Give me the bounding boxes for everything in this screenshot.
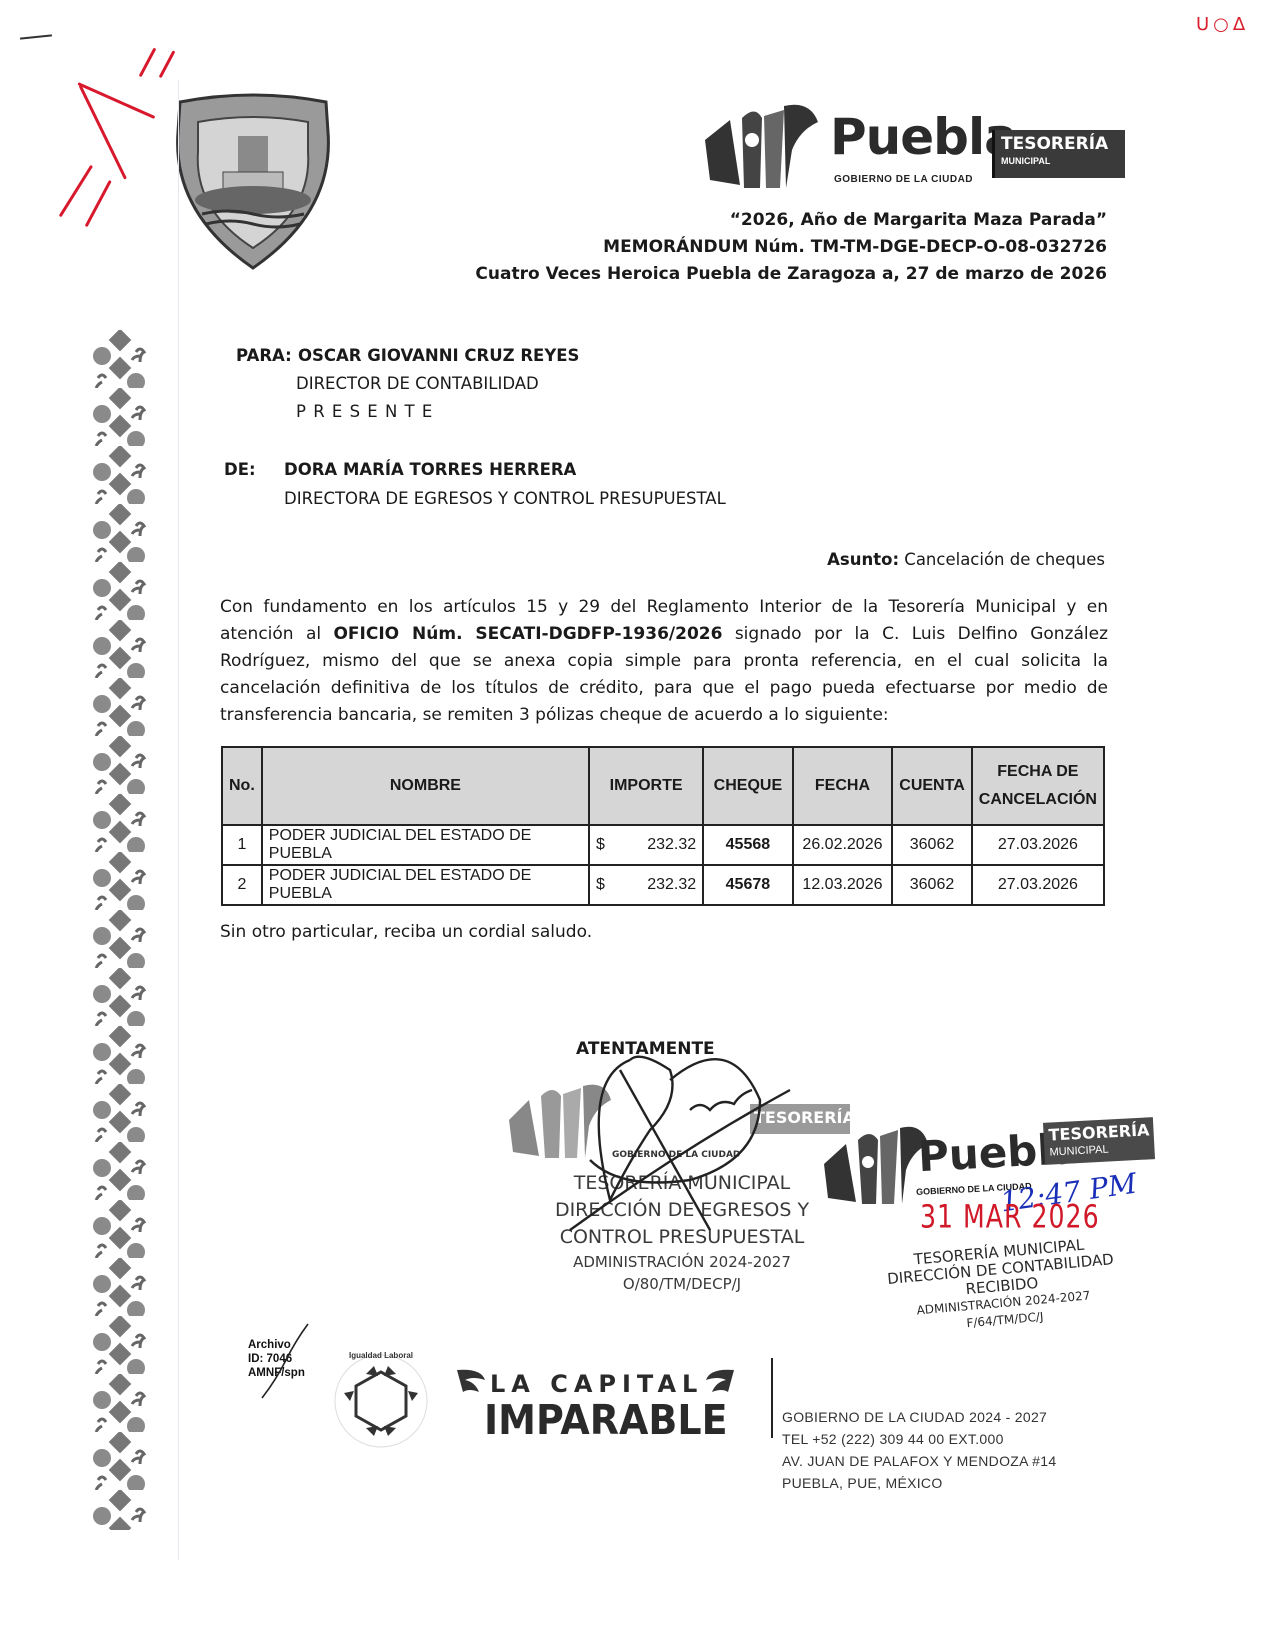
city-shield-icon — [168, 92, 338, 272]
subject-label: Asunto: — [827, 550, 899, 569]
place-date: Cuatro Veces Heroica Puebla de Zaragoza … — [475, 264, 1107, 284]
cell-cuenta: 36062 — [892, 825, 971, 865]
gobierno-subtitle: GOBIERNO DE LA CIUDAD — [834, 174, 973, 185]
footer-address: GOBIERNO DE LA CIUDAD 2024 - 2027 TEL +5… — [782, 1406, 1056, 1494]
col-header-fecha: FECHA — [793, 747, 893, 825]
cell-fecha: 26.02.2026 — [793, 825, 893, 865]
received-date-stamp: 31 MAR 2026 — [920, 1198, 1100, 1236]
wing-left-icon — [455, 1366, 487, 1398]
received-tesoreria-label: TESORERÍA — [1048, 1120, 1150, 1144]
recipient-title: DIRECTOR DE CONTABILIDAD — [296, 374, 539, 393]
table-row: 1 PODER JUDICIAL DEL ESTADO DE PUEBLA $2… — [222, 825, 1104, 865]
pen-mark — [20, 34, 52, 39]
received-tesoreria-badge: TESORERÍA MUNICIPAL — [1043, 1117, 1155, 1165]
ornamental-border-icon — [92, 330, 152, 1530]
municipal-label: MUNICIPAL — [1001, 156, 1050, 166]
received-stamp-emblem-icon — [820, 1122, 930, 1206]
cell-importe: $232.32 — [589, 825, 703, 865]
recipient-presente: P R E S E N T E — [296, 402, 433, 421]
slogan-line2: IMPARABLE — [484, 1396, 728, 1444]
importe-value: 232.32 — [647, 876, 696, 894]
norma-igualdad-seal-icon: Igualdad Laboral — [326, 1346, 436, 1456]
table-row: 2 PODER JUDICIAL DEL ESTADO DE PUEBLA $2… — [222, 865, 1104, 905]
col-header-nombre: NOMBRE — [262, 747, 589, 825]
importe-value: 232.32 — [647, 836, 696, 854]
sender-name: DORA MARÍA TORRES HERRERA — [284, 460, 576, 479]
cell-cheque: 45568 — [703, 825, 793, 865]
cell-importe: $232.32 — [589, 865, 703, 905]
page-number-marks: ᑌ○ᐃ — [1196, 14, 1249, 35]
recipient-name: OSCAR GIOVANNI CRUZ REYES — [298, 346, 579, 365]
cell-nombre: PODER JUDICIAL DEL ESTADO DE PUEBLA — [262, 825, 589, 865]
cell-cuenta: 36062 — [892, 865, 971, 905]
col-header-cheque: CHEQUE — [703, 747, 793, 825]
col-header-fecha-cancelacion: FECHA DE CANCELACIÓN — [972, 747, 1104, 825]
received-municipal-label: MUNICIPAL — [1049, 1144, 1109, 1159]
red-pen-mark — [59, 165, 93, 217]
cell-fecha-cancelacion: 27.03.2026 — [972, 865, 1104, 905]
year-motto: “2026, Año de Margarita Maza Parada” — [730, 210, 1107, 230]
red-pen-mark — [79, 85, 127, 180]
puebla-wordmark: Puebla — [830, 108, 1017, 166]
cell-nombre: PODER JUDICIAL DEL ESTADO DE PUEBLA — [262, 865, 589, 905]
footer-phone: TEL +52 (222) 309 44 00 EXT.000 — [782, 1428, 1056, 1450]
memo-number: MEMORÁNDUM Núm. TM-TM-DGE-DECP-O-08-0327… — [603, 237, 1107, 257]
col-header-importe: IMPORTE — [589, 747, 703, 825]
footer-divider — [771, 1358, 773, 1438]
currency-symbol: $ — [596, 876, 605, 894]
margin-line — [178, 80, 179, 1560]
subject-value: Cancelación de cheques — [904, 550, 1105, 569]
red-pen-mark — [139, 48, 157, 78]
slogan-line1: LA CAPITAL — [490, 1370, 703, 1398]
cell-no: 1 — [222, 825, 262, 865]
cheques-table: No. NOMBRE IMPORTE CHEQUE FECHA CUENTA F… — [221, 746, 1105, 906]
oficio-reference: OFICIO Núm. SECATI-DGDFP-1936/2026 — [333, 624, 722, 644]
puebla-emblem-icon — [700, 100, 825, 192]
body-paragraph: Con fundamento en los artículos 15 y 29 … — [220, 594, 1108, 729]
cell-no: 2 — [222, 865, 262, 905]
closing-line: Sin otro particular, reciba un cordial s… — [220, 922, 592, 942]
sender-title: DIRECTORA DE EGRESOS Y CONTROL PRESUPUES… — [284, 489, 726, 508]
sender-stamp-line: ADMINISTRACIÓN 2024-2027 — [552, 1251, 812, 1273]
recipient-label: PARA: — [236, 346, 292, 365]
received-stamp: TESORERÍA MUNICIPAL DIRECCIÓN DE CONTABI… — [869, 1233, 1135, 1340]
tesoreria-label: TESORERÍA — [1001, 134, 1108, 154]
sender-stamp-line: O/80/TM/DECP/J — [552, 1273, 812, 1295]
seal-text: Igualdad Laboral — [349, 1351, 413, 1360]
sender-label: DE: — [224, 460, 256, 479]
red-pen-mark — [159, 50, 176, 78]
wing-right-icon — [704, 1366, 736, 1398]
red-pen-mark — [85, 180, 112, 227]
col-header-cuenta: CUENTA — [892, 747, 971, 825]
table-header-row: No. NOMBRE IMPORTE CHEQUE FECHA CUENTA F… — [222, 747, 1104, 825]
footer-city: PUEBLA, PUE, MÉXICO — [782, 1472, 1056, 1494]
cell-fecha: 12.03.2026 — [793, 865, 893, 905]
footer-line: GOBIERNO DE LA CIUDAD 2024 - 2027 — [782, 1406, 1056, 1428]
col-header-no: No. — [222, 747, 262, 825]
subject-line: Asunto: Cancelación de cheques — [827, 550, 1105, 569]
puebla-tesoreria-logo: Puebla GOBIERNO DE LA CIUDAD TESORERÍA M… — [700, 100, 1120, 195]
footer-street: AV. JUAN DE PALAFOX Y MENDOZA #14 — [782, 1450, 1056, 1472]
currency-symbol: $ — [596, 836, 605, 854]
cell-fecha-cancelacion: 27.03.2026 — [972, 825, 1104, 865]
handwritten-signature-icon — [560, 1040, 860, 1240]
tesoreria-badge: TESORERÍA MUNICIPAL — [992, 130, 1125, 178]
archive-pen-stroke-icon — [256, 1320, 316, 1400]
cell-cheque: 45678 — [703, 865, 793, 905]
